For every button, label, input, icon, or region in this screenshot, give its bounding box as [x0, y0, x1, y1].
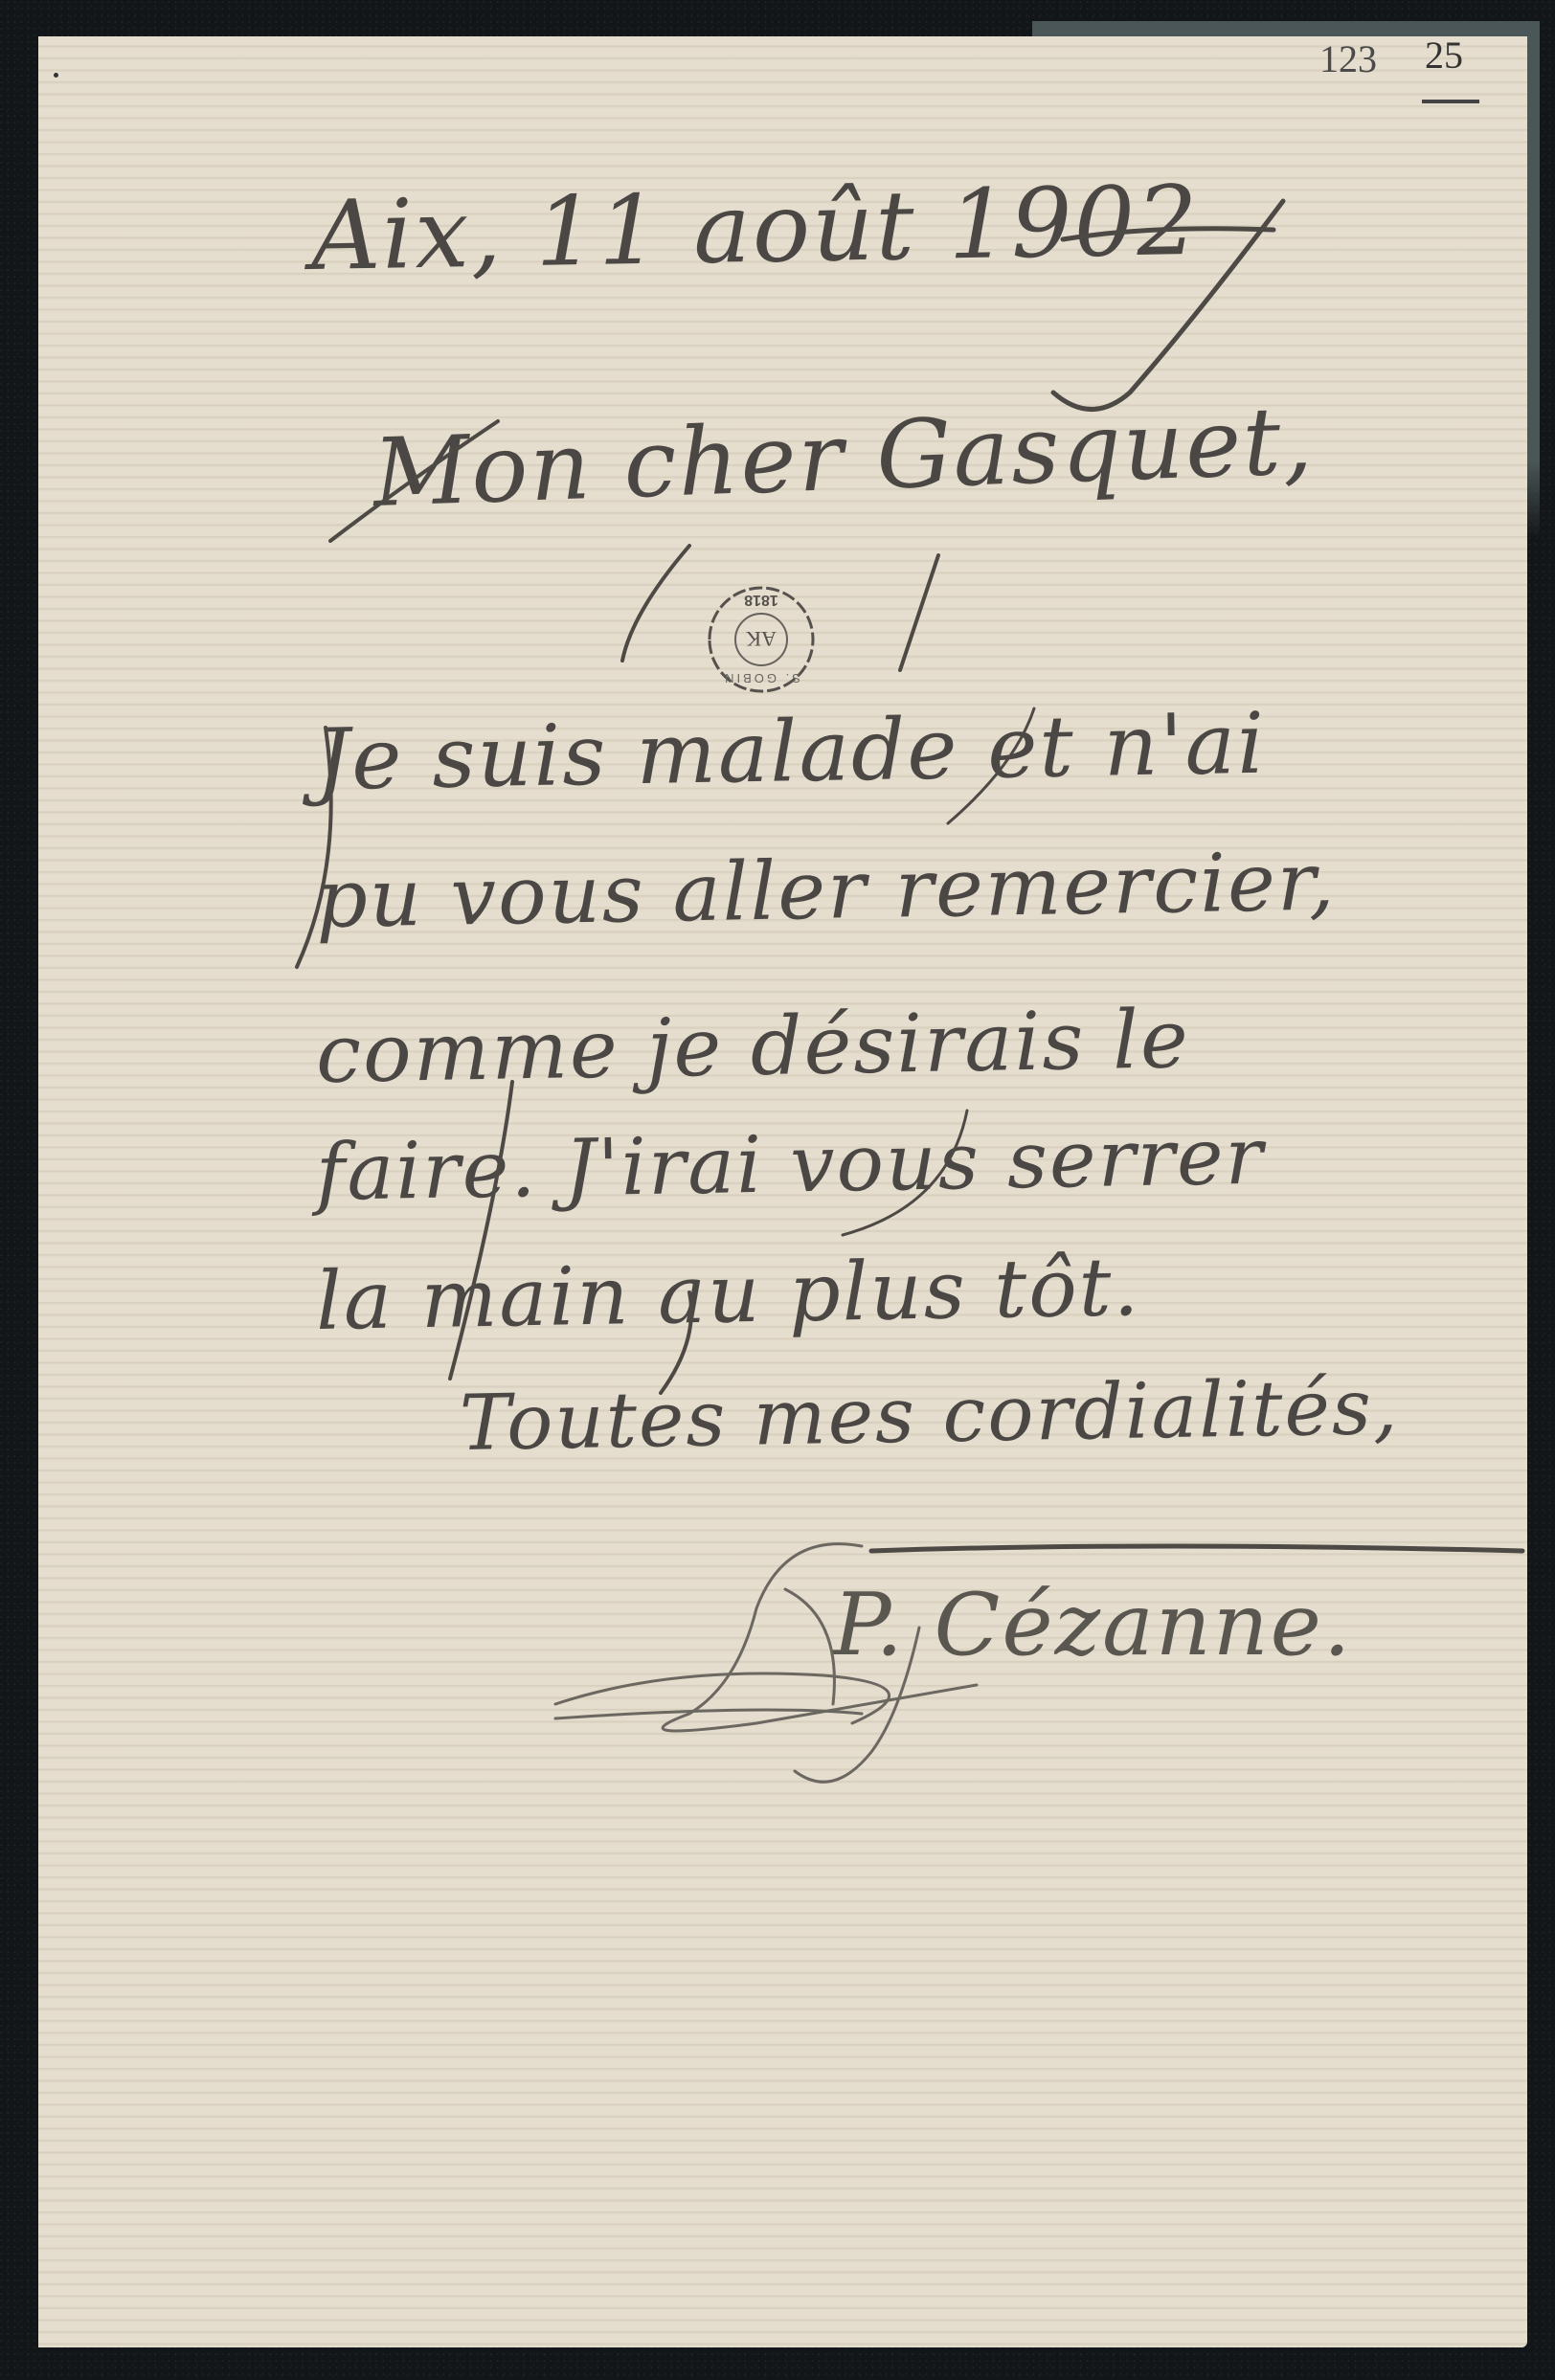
stamp-year: 1818: [744, 592, 778, 608]
body-line-1: Je suis malade et n'ai: [315, 694, 1267, 809]
folio-number-pencil: 123: [1319, 36, 1377, 81]
stamp-ring-text: S. GOBIN: [722, 671, 800, 685]
stamp-center-text: AK: [746, 627, 777, 651]
folio-underline: [1422, 100, 1479, 103]
closing: Toutes mes cordialités,: [459, 1362, 1400, 1468]
signature: P. Cézanne.: [833, 1575, 1353, 1675]
paper-spot: [54, 73, 58, 78]
mounting-mat-right: [1526, 21, 1540, 538]
body-line-5: la main au plus tôt.: [315, 1240, 1141, 1348]
dateline: Aix, 11 août 1902: [310, 165, 1201, 292]
body-line-3: comme je désirais le: [315, 992, 1190, 1101]
library-stamp: AK 1818 S. GOBIN: [699, 582, 823, 697]
body-line-2: pu vous aller remercier,: [315, 834, 1337, 946]
folio-number-ink: 25: [1425, 33, 1463, 78]
body-line-4: faire. J'irai vous serrer: [315, 1111, 1265, 1219]
